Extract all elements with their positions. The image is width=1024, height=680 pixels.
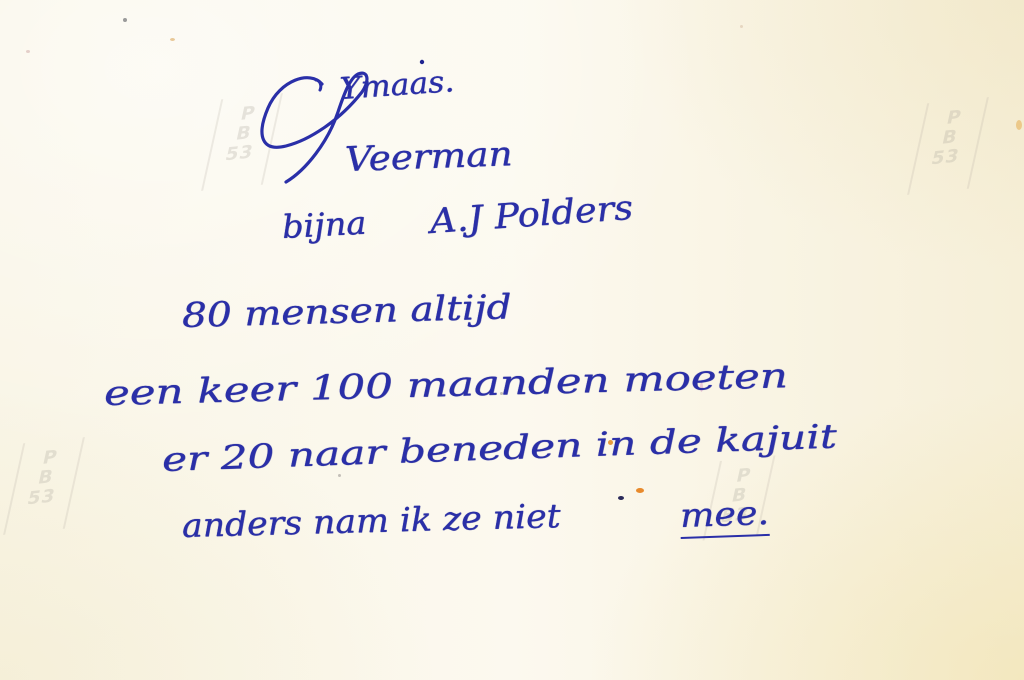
header-location-prefix: bijna (281, 204, 367, 246)
note-line-2: een keer 100 maanden moeten (103, 356, 788, 414)
note-line-1: 80 mensen altijd (181, 287, 512, 336)
note-line-4: anders nam ik ze niet (181, 496, 560, 545)
paper-speck (170, 38, 175, 41)
header-surname: Veerman (344, 134, 513, 180)
paper-speck (618, 496, 624, 500)
paper-speck (740, 25, 743, 28)
header-name: A.J Polders (429, 188, 635, 242)
paper-speck (123, 18, 127, 22)
paper-speck (26, 50, 30, 53)
watermark-stamp: P B 53 (907, 97, 989, 195)
paper-speck (636, 488, 644, 493)
watermark-stamp: P B 53 (3, 437, 85, 535)
paper-speck (338, 474, 341, 477)
note-underlined-word: mee. (679, 493, 769, 539)
paper-speck (1016, 120, 1022, 130)
aged-paper-sheet: P B 53 P B 53 P B 53 P B 53 Ymaas. Veerm… (0, 0, 1024, 680)
